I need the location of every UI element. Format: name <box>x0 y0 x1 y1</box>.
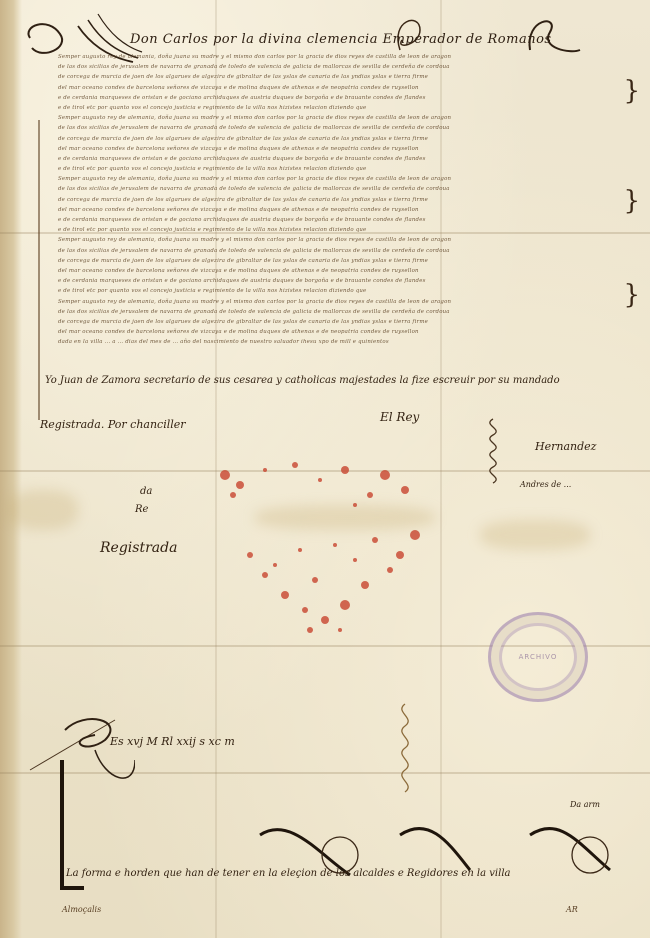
wax-seal-icon <box>205 445 445 645</box>
body-line: de las dos sicilias de jerusalem de nava… <box>58 246 623 256</box>
body-text: Semper augusto rey de alemania, doña jua… <box>58 52 623 347</box>
body-line: Semper augusto rey de alemania, doña jua… <box>58 52 623 62</box>
body-line: e de tirol etc por quanto vos el concejo… <box>58 225 623 235</box>
body-line: de corcega de murcia de jaen de los alga… <box>58 317 623 327</box>
page-edge-shadow <box>0 0 22 938</box>
footnote-left: Almoçalis <box>62 905 101 914</box>
margin-brace-icon: } <box>623 282 640 308</box>
body-line: Semper augusto rey de alemania, doña jua… <box>58 235 623 245</box>
body-line: e de tirol etc por quanto vos el concejo… <box>58 164 623 174</box>
body-line: del mar oceano condes de barcelona señor… <box>58 144 623 154</box>
signature-registrada: Registrada <box>100 540 177 556</box>
body-line: e de cerdania marqueses de oristan e de … <box>58 154 623 164</box>
signature-left-small-2: Re <box>135 504 148 515</box>
body-line: e de cerdania marqueses de oristan e de … <box>58 276 623 286</box>
body-line: Semper augusto rey de alemania, doña jua… <box>58 113 623 123</box>
body-line: de corcega de murcia de jaen de los alga… <box>58 256 623 266</box>
body-line: e de tirol etc por quanto vos el concejo… <box>58 103 623 113</box>
margin-note: Da arm <box>570 800 600 809</box>
body-line: de las dos sicilias de jerusalem de nava… <box>58 123 623 133</box>
body-line: dada en la villa ... a ... dias del mes … <box>58 337 623 347</box>
stain <box>480 520 590 550</box>
body-line: e de tirol etc por quanto vos el concejo… <box>58 286 623 296</box>
signature-right-2: Andres de ... <box>520 480 571 489</box>
body-line: del mar oceano condes de barcelona señor… <box>58 205 623 215</box>
body-line: del mar oceano condes de barcelona señor… <box>58 266 623 276</box>
manuscript-page: Don Carlos por la divina clemencia Emper… <box>0 0 650 938</box>
large-initial-L <box>60 760 64 890</box>
body-line: de las dos sicilias de jerusalem de nava… <box>58 307 623 317</box>
rubric-flourish-icon <box>478 415 508 495</box>
stain <box>8 490 78 530</box>
rubric-flourish-icon <box>390 700 420 810</box>
body-line: Semper augusto rey de alemania, doña jua… <box>58 174 623 184</box>
signature-right-1: Hernandez <box>535 440 596 453</box>
signature-left-small-1: da <box>140 486 152 497</box>
large-initial-L-foot <box>60 886 84 890</box>
footnote-right: AR <box>566 905 578 914</box>
body-line: e de cerdania marqueses de oristan e de … <box>58 215 623 225</box>
body-line: de corcega de murcia de jaen de los alga… <box>58 134 623 144</box>
margin-brace-icon: } <box>623 78 640 104</box>
margin-rule <box>38 120 40 420</box>
body-line: de corcega de murcia de jaen de los alga… <box>58 72 623 82</box>
body-line: de las dos sicilias de jerusalem de nava… <box>58 62 623 72</box>
margin-brace-icon: } <box>623 188 640 214</box>
signature-el-rey: El Rey <box>380 410 419 424</box>
subscription-line-2: Registrada. Por chanciller <box>40 418 186 431</box>
body-line: de las dos sicilias de jerusalem de nava… <box>58 184 623 194</box>
lower-text-line-1: Es xvj M Rl xxij s xc m <box>110 735 235 748</box>
body-line: e de cerdania marqueses de oristan e de … <box>58 93 623 103</box>
document-heading: Don Carlos por la divina clemencia Emper… <box>130 32 650 47</box>
body-line: de corcega de murcia de jaen de los alga… <box>58 195 623 205</box>
archive-stamp: ARCHIVO <box>488 612 588 702</box>
body-line: del mar oceano condes de barcelona señor… <box>58 83 623 93</box>
body-line: Semper augusto rey de alemania, doña jua… <box>58 297 623 307</box>
stamp-text: ARCHIVO <box>519 653 558 661</box>
subscription-line-1: Yo Juan de Zamora secretario de sus cesa… <box>45 375 560 386</box>
lower-text-line-2: La forma e horden que han de tener en la… <box>66 868 510 879</box>
body-line: del mar oceano condes de barcelona señor… <box>58 327 623 337</box>
